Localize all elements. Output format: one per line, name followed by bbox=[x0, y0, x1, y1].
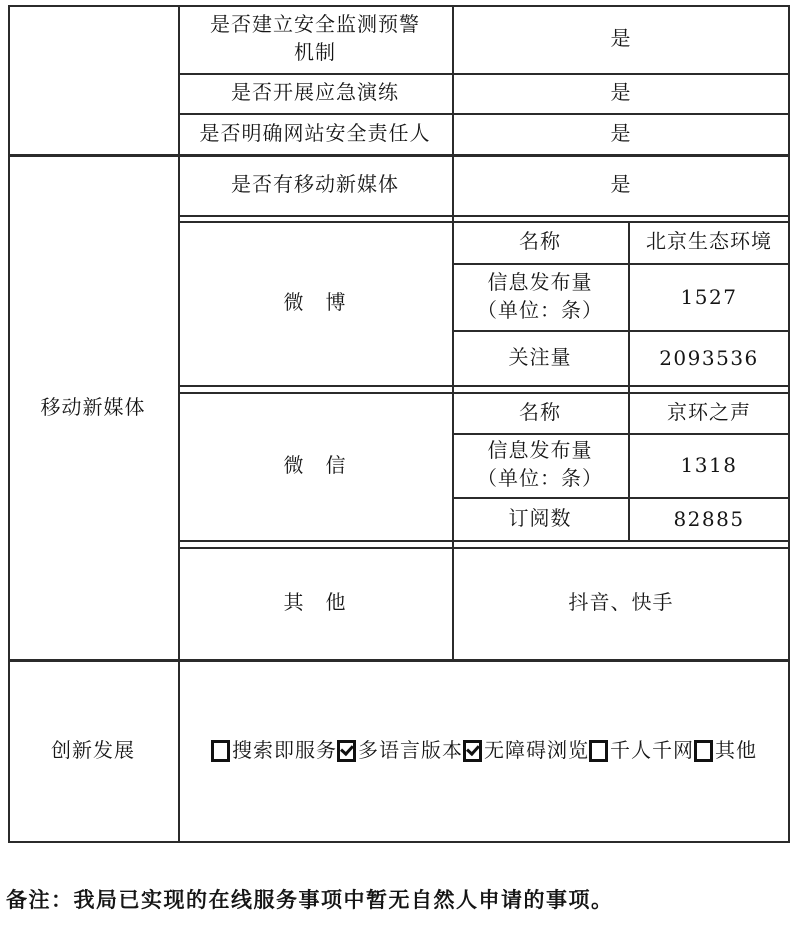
security-row-2-value: 是 bbox=[452, 73, 790, 113]
has-mobile-media-label: 是否有移动新媒体 bbox=[178, 155, 452, 215]
innovation-options: 搜索即服务 多语言版本 无障碍浏览 千人千网 其他 bbox=[178, 660, 790, 841]
remark-note: 备注：我局已实现的在线服务事项中暂无自然人申请的事项。 bbox=[6, 884, 786, 914]
row-divider bbox=[178, 385, 790, 387]
label-line-2: （单位：条） bbox=[477, 297, 603, 325]
weibo-name-value: 北京生态环境 bbox=[628, 221, 790, 263]
label-line-2: 机制 bbox=[210, 39, 420, 67]
other-media-value: 抖音、快手 bbox=[452, 547, 790, 659]
row-divider bbox=[452, 263, 790, 265]
table-border-col2 bbox=[452, 5, 454, 661]
section-divider bbox=[8, 659, 790, 662]
label-line-1: 是否建立安全监测预警 bbox=[210, 11, 420, 39]
wechat-name-label: 名称 bbox=[452, 392, 628, 433]
label-line-2: （单位：条） bbox=[477, 465, 603, 493]
annual-report-table: 是否建立安全监测预警 机制 是 是否开展应急演练 是 是否明确网站安全责任人 是… bbox=[8, 5, 790, 843]
weibo-followers-label: 关注量 bbox=[452, 330, 628, 385]
checkbox-icon bbox=[589, 740, 608, 762]
checkbox-icon bbox=[463, 740, 482, 762]
row-divider bbox=[178, 221, 790, 223]
security-row-3-value: 是 bbox=[452, 113, 790, 155]
mobile-media-section-label: 移动新媒体 bbox=[8, 155, 178, 660]
option-label: 其他 bbox=[715, 737, 757, 765]
checkbox-icon bbox=[694, 740, 713, 762]
security-row-2-label: 是否开展应急演练 bbox=[178, 73, 452, 113]
wechat-label: 微 信 bbox=[178, 392, 452, 540]
option-label: 千人千网 bbox=[610, 737, 694, 765]
checkbox-icon bbox=[211, 740, 230, 762]
label-line-1: 信息发布量 bbox=[477, 269, 603, 297]
table-border-top bbox=[8, 5, 790, 7]
innovation-section-label: 创新发展 bbox=[8, 660, 178, 841]
option-label: 搜索即服务 bbox=[232, 737, 337, 765]
option-accessibility: 无障碍浏览 bbox=[463, 737, 589, 765]
option-other: 其他 bbox=[694, 737, 757, 765]
row-divider bbox=[178, 540, 790, 542]
wechat-posts-label: 信息发布量 （单位：条） bbox=[452, 433, 628, 497]
table-border-col3 bbox=[628, 221, 630, 540]
row-divider bbox=[452, 497, 790, 499]
security-row-1-label: 是否建立安全监测预警 机制 bbox=[178, 5, 452, 73]
weibo-label: 微 博 bbox=[178, 221, 452, 385]
weibo-name-label: 名称 bbox=[452, 221, 628, 263]
table-border-bottom bbox=[8, 841, 790, 843]
weibo-posts-label: 信息发布量 （单位：条） bbox=[452, 263, 628, 330]
table-border-col1 bbox=[178, 5, 180, 843]
row-divider bbox=[452, 330, 790, 332]
wechat-posts-value: 1318 bbox=[628, 433, 790, 497]
wechat-subscribers-value: 82885 bbox=[628, 497, 790, 540]
section-divider bbox=[8, 154, 790, 157]
row-divider bbox=[452, 433, 790, 435]
option-search-service: 搜索即服务 bbox=[211, 737, 337, 765]
wechat-subscribers-label: 订阅数 bbox=[452, 497, 628, 540]
row-divider bbox=[178, 547, 790, 549]
wechat-name-value: 京环之声 bbox=[628, 392, 790, 433]
option-personalized: 千人千网 bbox=[589, 737, 694, 765]
checkbox-icon bbox=[337, 740, 356, 762]
row-divider bbox=[178, 392, 790, 394]
has-mobile-media-value: 是 bbox=[452, 155, 790, 215]
table-border-left bbox=[8, 5, 10, 843]
row-divider bbox=[178, 215, 790, 217]
table-border-right bbox=[788, 5, 790, 843]
security-row-3-label: 是否明确网站安全责任人 bbox=[178, 113, 452, 155]
row-divider bbox=[178, 73, 790, 75]
option-multilingual: 多语言版本 bbox=[337, 737, 463, 765]
weibo-posts-value: 1527 bbox=[628, 263, 790, 330]
option-label: 无障碍浏览 bbox=[484, 737, 589, 765]
row-divider bbox=[178, 113, 790, 115]
label-line-1: 信息发布量 bbox=[477, 437, 603, 465]
option-label: 多语言版本 bbox=[358, 737, 463, 765]
other-media-label: 其 他 bbox=[178, 547, 452, 659]
security-row-1-value: 是 bbox=[452, 5, 790, 73]
weibo-followers-value: 2093536 bbox=[628, 330, 790, 385]
